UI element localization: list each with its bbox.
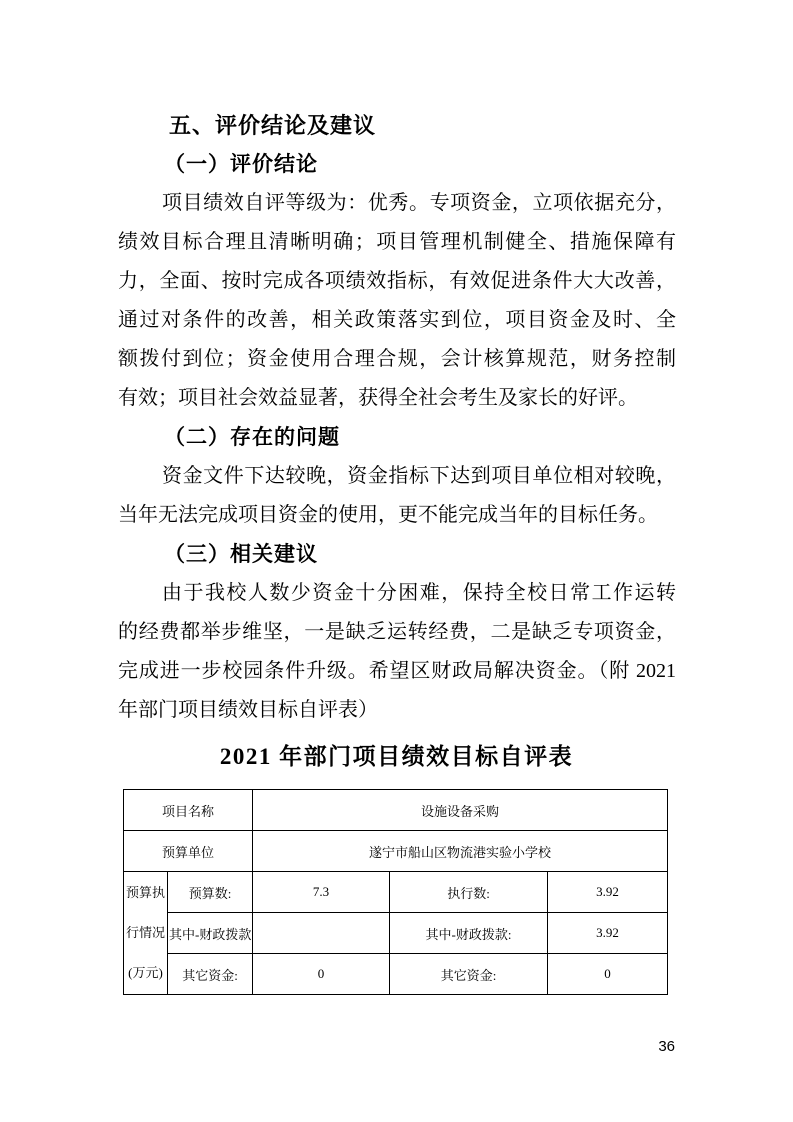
paragraph-line: 年部门项目绩效目标自评表）: [118, 691, 676, 730]
document-body: 五、评价结论及建议 （一）评价结论 项目绩效自评等级为：优秀。专项资金，立项依据…: [118, 106, 676, 730]
paragraph-line: 力，全面、按时完成各项绩效指标，有效促进条件大大改善，: [118, 262, 676, 301]
project-name-label: 项目名称: [124, 790, 253, 831]
table-row-budget-amount: 预算执 行情况 (万元) 预算数: 7.3 执行数: 3.92: [124, 872, 668, 913]
table-row-fiscal-allocation: 其中-财政拨款: 其中-财政拨款: 3.92: [124, 913, 668, 954]
paragraph-line: 额拨付到位；资金使用合理合规，会计核算规范，财务控制: [118, 340, 676, 379]
paragraph-line: 由于我校人数少资金十分困难，保持全校日常工作运转: [118, 574, 676, 613]
paragraph-line: 的经费都举步维坚，一是缺乏运转经费，二是缺乏专项资金，: [118, 613, 676, 652]
section-heading-2: （二）存在的问题: [118, 418, 676, 457]
section-heading-3: （三）相关建议: [118, 535, 676, 574]
budget-unit-label: 预算单位: [124, 831, 253, 872]
other-funds-budget-label: 其它资金:: [168, 954, 253, 995]
execution-number-value: 3.92: [548, 872, 668, 913]
paragraph-line: 通过对条件的改善，相关政策落实到位，项目资金及时、全: [118, 301, 676, 340]
budget-number-value: 7.3: [253, 872, 390, 913]
table-title: 2021 年部门项目绩效目标自评表: [0, 738, 793, 771]
fiscal-allocation-budget-label: 其中-财政拨款:: [168, 913, 253, 954]
budget-number-label: 预算数:: [168, 872, 253, 913]
section-heading-1: （一）评价结论: [118, 145, 676, 184]
project-name-value: 设施设备采购: [253, 790, 668, 831]
budget-unit-value: 遂宁市船山区物流港实验小学校: [253, 831, 668, 872]
paragraph-line: 当年无法完成项目资金的使用，更不能完成当年的目标任务。: [118, 496, 676, 535]
page-number: 36: [658, 1038, 675, 1055]
fiscal-allocation-budget-value: [253, 913, 390, 954]
main-heading: 五、评价结论及建议: [118, 106, 676, 145]
document-page: 五、评价结论及建议 （一）评价结论 项目绩效自评等级为：优秀。专项资金，立项依据…: [0, 0, 793, 1122]
paragraph-line: 资金文件下达较晚，资金指标下达到项目单位相对较晚，: [118, 457, 676, 496]
other-funds-budget-value: 0: [253, 954, 390, 995]
self-evaluation-table: 项目名称 设施设备采购 预算单位 遂宁市船山区物流港实验小学校 预算执 行情况 …: [123, 789, 668, 995]
paragraph-line: 绩效目标合理且清晰明确；项目管理机制健全、措施保障有: [118, 223, 676, 262]
paragraph-line: 项目绩效自评等级为：优秀。专项资金，立项依据充分，: [118, 184, 676, 223]
other-funds-exec-value: 0: [548, 954, 668, 995]
table-row-project-name: 项目名称 设施设备采购: [124, 790, 668, 831]
fiscal-allocation-exec-label: 其中-财政拨款:: [390, 913, 548, 954]
budget-execution-side-label: 预算执 行情况 (万元): [124, 872, 168, 995]
table-row-budget-unit: 预算单位 遂宁市船山区物流港实验小学校: [124, 831, 668, 872]
execution-number-label: 执行数:: [390, 872, 548, 913]
paragraph-line: 完成进一步校园条件升级。希望区财政局解决资金。（附 2021: [118, 652, 676, 691]
other-funds-exec-label: 其它资金:: [390, 954, 548, 995]
table-row-other-funds: 其它资金: 0 其它资金: 0: [124, 954, 668, 995]
paragraph-line: 有效；项目社会效益显著，获得全社会考生及家长的好评。: [118, 379, 676, 418]
fiscal-allocation-exec-value: 3.92: [548, 913, 668, 954]
